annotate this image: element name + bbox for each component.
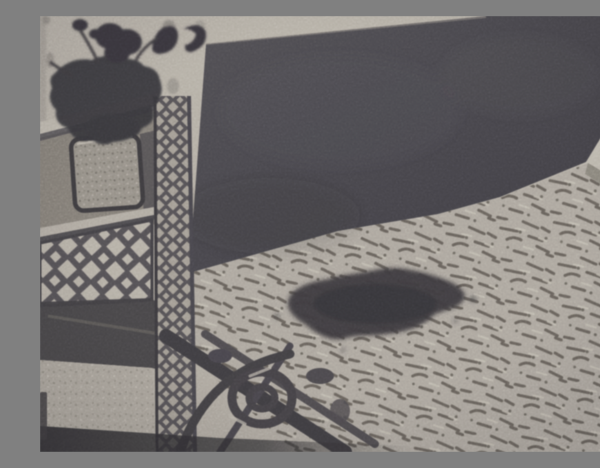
photograph: Grainy black-and-white photograph of a b… [40, 16, 600, 452]
photo-canvas: Grainy black-and-white photograph of a b… [40, 16, 600, 452]
film-grain [40, 16, 600, 452]
